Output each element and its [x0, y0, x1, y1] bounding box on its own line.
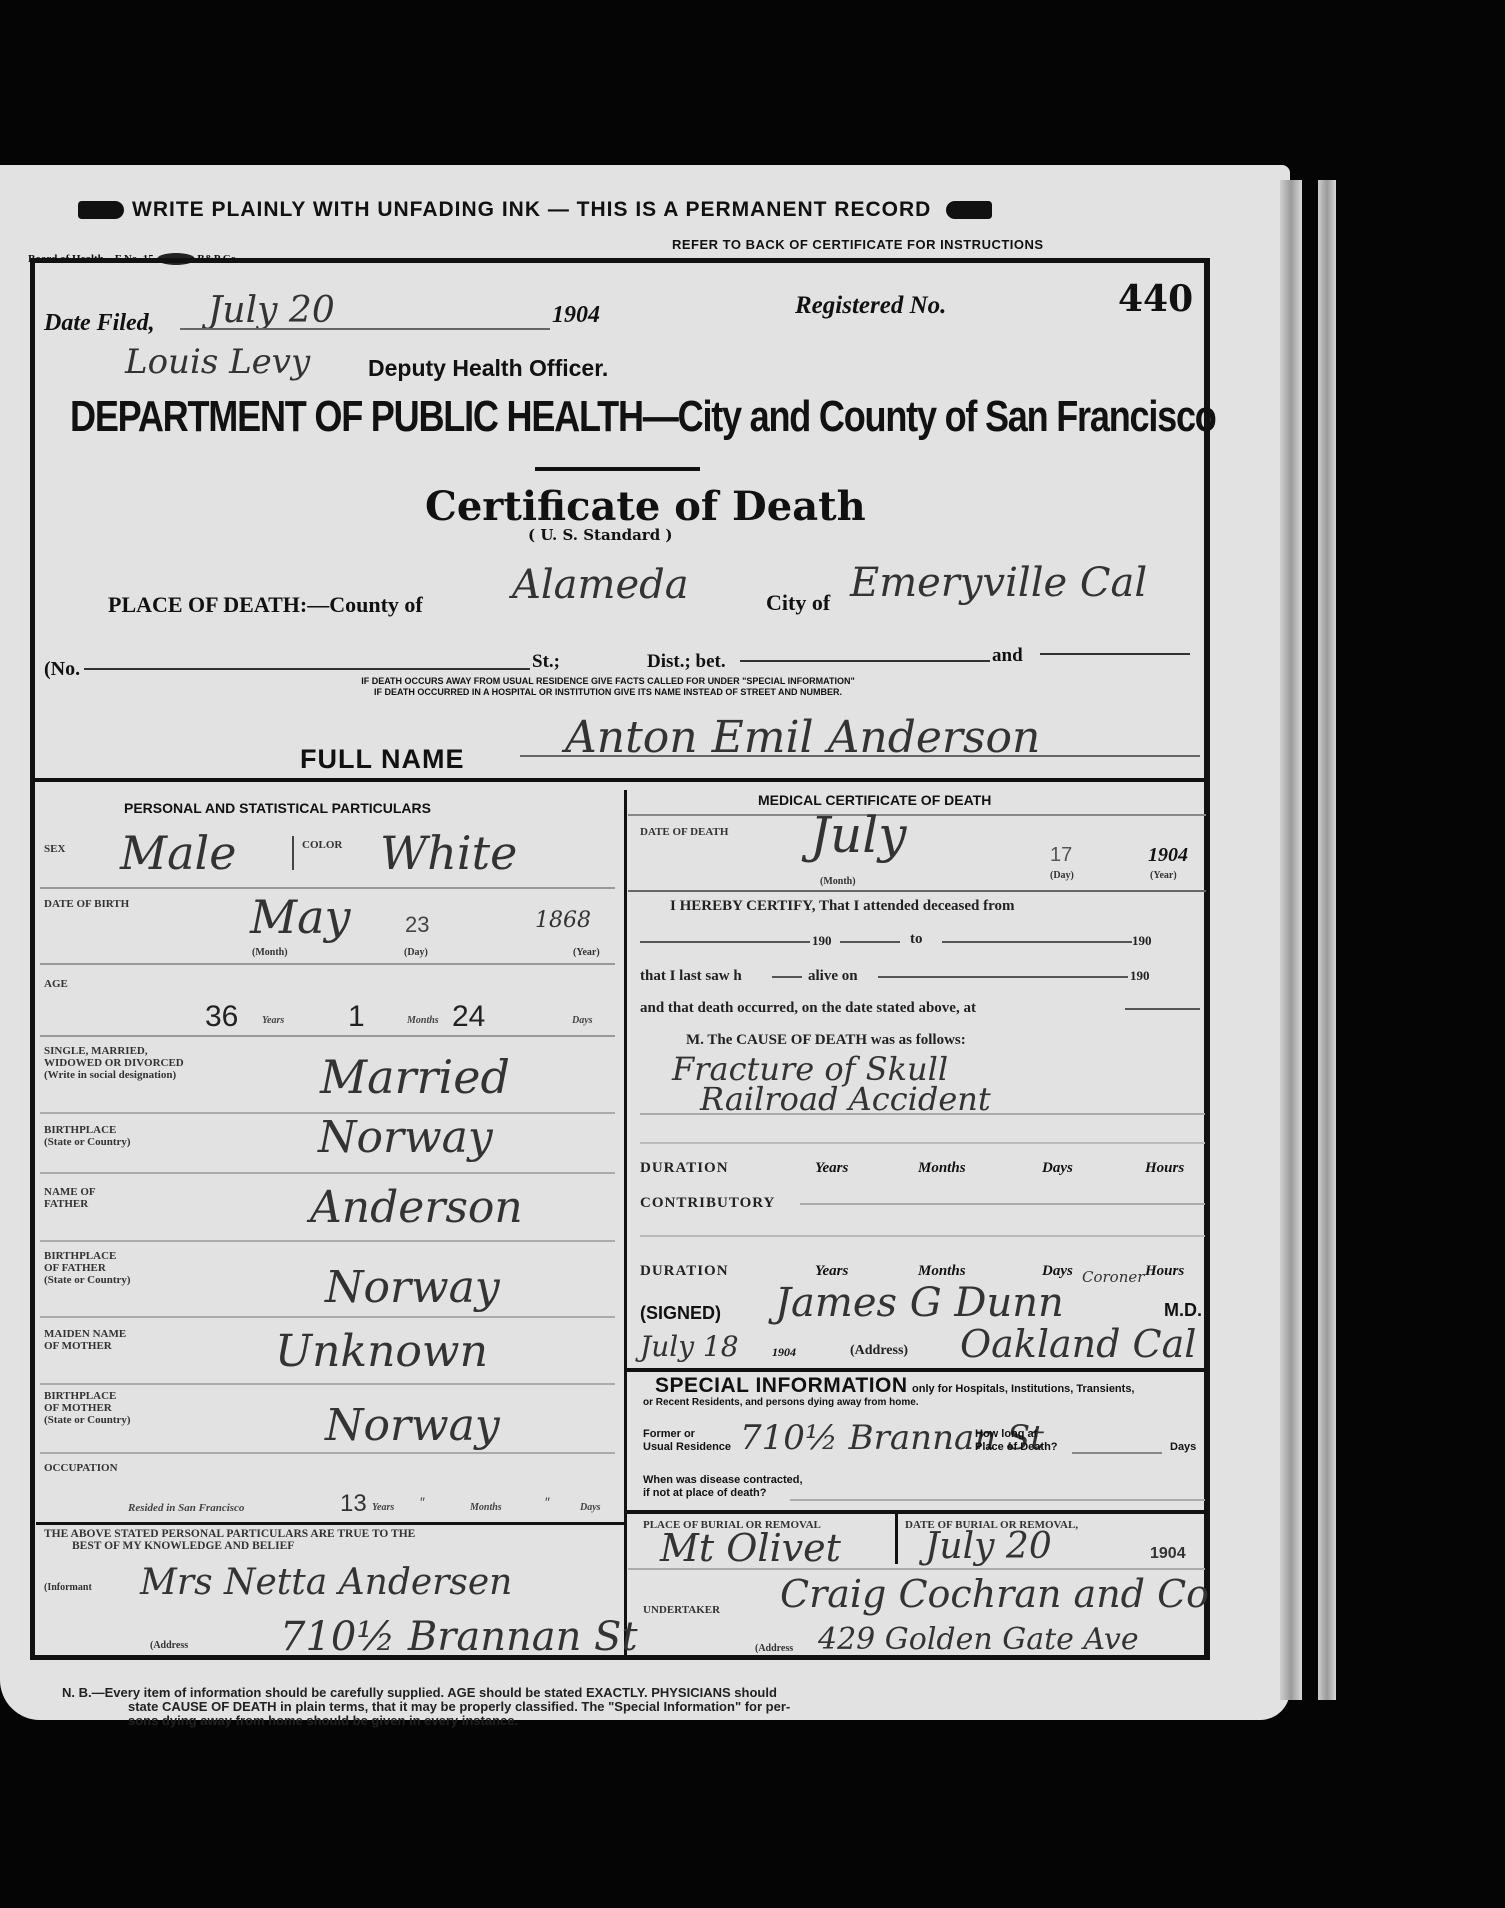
header-banner: WRITE PLAINLY WITH UNFADING INK — THIS I… [78, 198, 992, 222]
page-stack-edge [1318, 180, 1336, 1700]
physician-address-value: Oakland Cal [960, 1322, 1196, 1366]
marital-value: Married [320, 1050, 510, 1104]
registered-label: Registered No. [795, 292, 946, 320]
informant-label: (Informant [44, 1582, 92, 1593]
undertaker-label: UNDERTAKER [643, 1604, 720, 1616]
county-value: Alameda [512, 562, 689, 608]
mother-name-label: MAIDEN NAME OF MOTHER [44, 1328, 126, 1352]
burial-date-value: July 20 [925, 1526, 1052, 1567]
informant-value: Mrs Netta Andersen [140, 1562, 512, 1603]
how-long-label: How long at Place of Death? [975, 1428, 1058, 1454]
dod-day: 17 [1050, 844, 1072, 867]
color-value: White [380, 826, 517, 880]
physician-address-label: (Address) [850, 1343, 908, 1359]
duration-label: DURATION [640, 1160, 729, 1177]
contracted-label: When was disease contracted, if not at p… [643, 1474, 803, 1500]
md-label: M.D. [1164, 1300, 1202, 1321]
place-of-death-label: PLACE OF DEATH:—County of [108, 592, 423, 618]
father-name-label: NAME OF FATHER [44, 1186, 96, 1210]
burial-year: 1904 [1150, 1545, 1186, 1563]
father-name-value: Anderson [310, 1182, 523, 1233]
date-filed-label: Date Filed, [44, 310, 155, 337]
mother-birthplace-value: Norway [325, 1400, 500, 1451]
death-occurred-label: and that death occurred, on the date sta… [640, 1000, 976, 1017]
dob-year: 1868 [535, 908, 591, 933]
undertaker-value: Craig Cochran and Co [780, 1572, 1209, 1616]
father-birthplace-label: BIRTHPLACE OF FATHER (State or Country) [44, 1250, 131, 1286]
birthplace-label: BIRTHPLACE (State or Country) [44, 1124, 131, 1148]
banner-text: WRITE PLAINLY WITH UNFADING INK — THIS I… [132, 198, 931, 221]
date-filed-value: July 20 [208, 290, 335, 331]
signed-year: 1904 [772, 1345, 796, 1360]
pointing-hand-icon [78, 201, 124, 219]
occupation-label: OCCUPATION [44, 1462, 118, 1474]
resided-days: ″ [545, 1494, 550, 1510]
marital-label: SINGLE, MARRIED, WIDOWED OR DIVORCED (Wr… [44, 1045, 184, 1081]
color-label: COLOR [302, 839, 342, 851]
usual-residence-label: Former or Usual Residence [643, 1428, 731, 1454]
sex-label: SEX [44, 843, 65, 855]
contributory-label: CONTRIBUTORY [640, 1195, 775, 1212]
dob-label: DATE OF BIRTH [44, 898, 129, 910]
mother-birthplace-label: BIRTHPLACE OF MOTHER (State or Country) [44, 1390, 131, 1426]
attestation: THE ABOVE STATED PERSONAL PARTICULARS AR… [44, 1528, 415, 1552]
undertaker-address-value: 429 Golden Gate Ave [818, 1622, 1139, 1657]
father-birthplace-value: Norway [325, 1262, 500, 1313]
refer-instructions: REFER TO BACK OF CERTIFICATE FOR INSTRUC… [672, 237, 1044, 252]
birthplace-value: Norway [318, 1112, 493, 1163]
resided-years: 13 [340, 1490, 367, 1518]
department-title: DEPARTMENT OF PUBLIC HEALTH—City and Cou… [70, 392, 1216, 442]
certify-statement: I HEREBY CERTIFY, That I attended deceas… [670, 898, 1015, 915]
district-label: Dist.; bet. [647, 651, 726, 673]
page-stack-edge [1280, 180, 1302, 1700]
age-months: 1 [348, 1000, 365, 1034]
footer-note: N. B.—Every item of information should b… [62, 1686, 790, 1728]
dod-month: July [810, 806, 906, 864]
dob-month: May [250, 890, 351, 944]
dod-year: 1904 [1148, 844, 1188, 867]
dod-label: DATE OF DEATH [640, 826, 728, 838]
pointing-hand-icon [946, 201, 992, 219]
signed-label: (SIGNED) [640, 1303, 721, 1324]
us-standard: ( U. S. Standard ) [528, 526, 673, 544]
place-note: IF DEATH OCCURS AWAY FROM USUAL RESIDENC… [178, 676, 1038, 698]
certificate-title: Certificate of Death [425, 483, 866, 530]
date-filed-year: 1904 [552, 302, 600, 329]
cause-of-death-label: M. The CAUSE OF DEATH was as follows: [686, 1032, 966, 1049]
informant-address-value: 710½ Brannan St [280, 1614, 638, 1660]
age-years: 36 [205, 1000, 238, 1034]
resided-months: ″ [420, 1494, 425, 1510]
burial-place-value: Mt Olivet [660, 1526, 841, 1570]
city-value: Emeryville Cal [850, 560, 1147, 606]
registered-number: 440 [1118, 278, 1193, 320]
city-label: City of [766, 590, 830, 616]
full-name-label: FULL NAME [300, 744, 465, 775]
informant-address-label: (Address [150, 1640, 188, 1651]
sex-value: Male [120, 826, 236, 880]
last-saw-label: that I last saw h [640, 968, 742, 985]
resided-label: Resided in San Francisco [128, 1502, 244, 1514]
personal-heading: PERSONAL AND STATISTICAL PARTICULARS [124, 800, 431, 816]
officer-title: Deputy Health Officer. [368, 355, 608, 382]
age-days: 24 [452, 1000, 485, 1034]
street-no-label: (No. [44, 658, 80, 681]
street-label: St.; [532, 651, 560, 673]
officer-signature: Louis Levy [125, 342, 310, 382]
and-label: and [992, 645, 1023, 667]
signer-title: Coroner [1082, 1268, 1144, 1286]
special-info-heading: SPECIAL INFORMATION only for Hospitals, … [655, 1374, 1135, 1398]
dob-day: 23 [405, 912, 429, 938]
undertaker-address-label: (Address [755, 1643, 793, 1654]
signed-date: July 18 [640, 1330, 739, 1363]
age-label: AGE [44, 978, 68, 990]
duration-label-2: DURATION [640, 1263, 729, 1280]
physician-signature: James G Dunn [775, 1280, 1064, 1326]
mother-name-value: Unknown [275, 1326, 488, 1377]
